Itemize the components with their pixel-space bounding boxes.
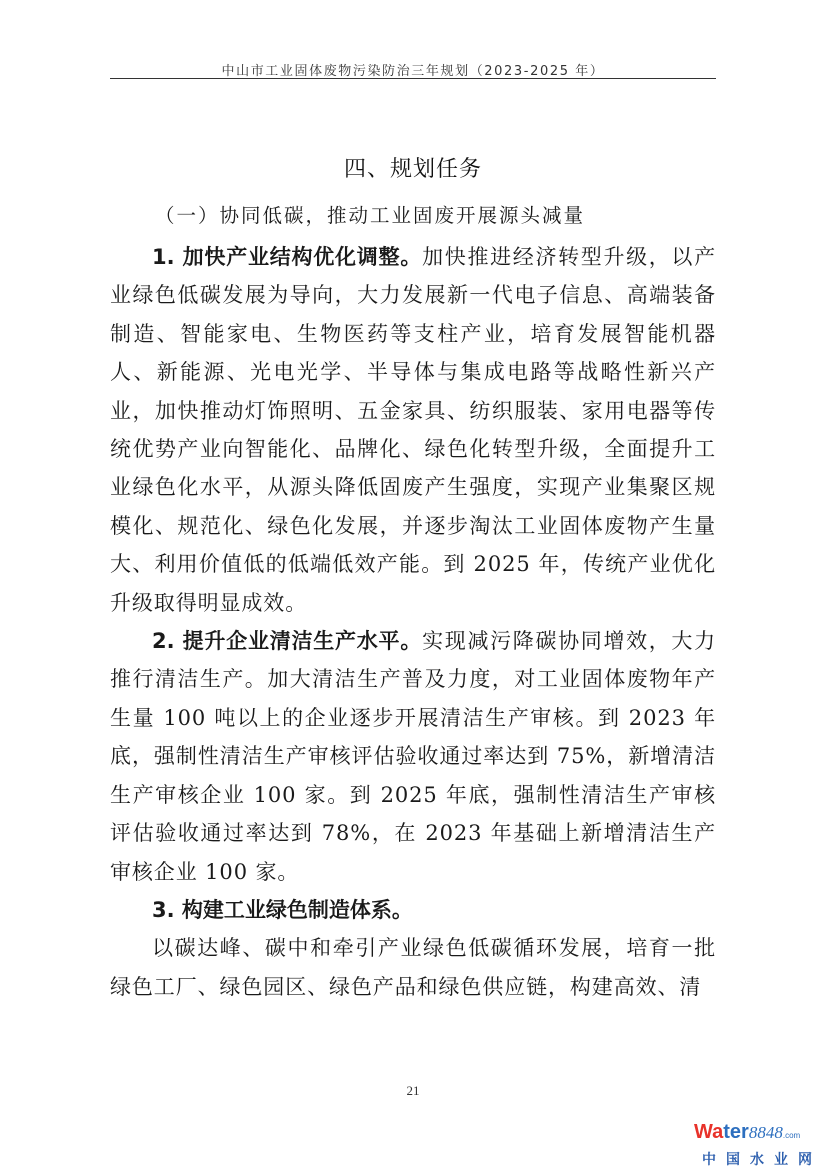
header-rule [110,78,716,79]
paragraph-3-text: 以碳达峰、碳中和牵引产业绿色低碳循环发展，培育一批绿色工厂、绿色园区、绿色产品和… [110,936,716,998]
watermark-chinese: 中国水业网 [694,1149,824,1169]
sub-title: （一）协同低碳，推动工业固废开展源头减量 [155,200,585,228]
watermark-brand-domain: .com [783,1131,800,1140]
running-header: 中山市工业固体废物污染防治三年规划（2023-2025 年） [110,60,716,79]
watermark-brand: Water8848.com [694,1122,824,1146]
paragraph-2: 2. 提升企业清洁生产水平。实现减污降碳协同增效，大力推行清洁生产。加大清洁生产… [110,622,716,891]
watermark-brand-number: 8848 [749,1123,783,1142]
body-text: 1. 加快产业结构优化调整。加快推进经济转型升级，以产业绿色低碳发展为导向，大力… [110,238,716,1006]
watermark-brand-blue: ter [723,1121,749,1143]
paragraph-3: 以碳达峰、碳中和牵引产业绿色低碳循环发展，培育一批绿色工厂、绿色园区、绿色产品和… [110,929,716,1006]
paragraph-1: 1. 加快产业结构优化调整。加快推进经济转型升级，以产业绿色低碳发展为导向，大力… [110,238,716,622]
paragraph-1-text: 加快推进经济转型升级，以产业绿色低碳发展为导向，大力发展新一代电子信息、高端装备… [110,245,716,615]
watermark-brand-red: Wa [694,1121,723,1143]
paragraph-3-lead: 3. 构建工业绿色制造体系。 [152,898,413,922]
page-number: 21 [0,1083,826,1099]
paragraph-2-lead: 2. 提升企业清洁生产水平。 [152,629,422,653]
paragraph-2-text: 实现减污降碳协同增效，大力推行清洁生产。加大清洁生产普及力度，对工业固体废物年产… [110,629,716,883]
watermark-logo: Water8848.com 中国水业网 [694,1122,824,1166]
section-title: 四、规划任务 [110,152,716,183]
paragraph-3-heading: 3. 构建工业绿色制造体系。 [110,891,716,929]
paragraph-1-lead: 1. 加快产业结构优化调整。 [152,245,422,269]
